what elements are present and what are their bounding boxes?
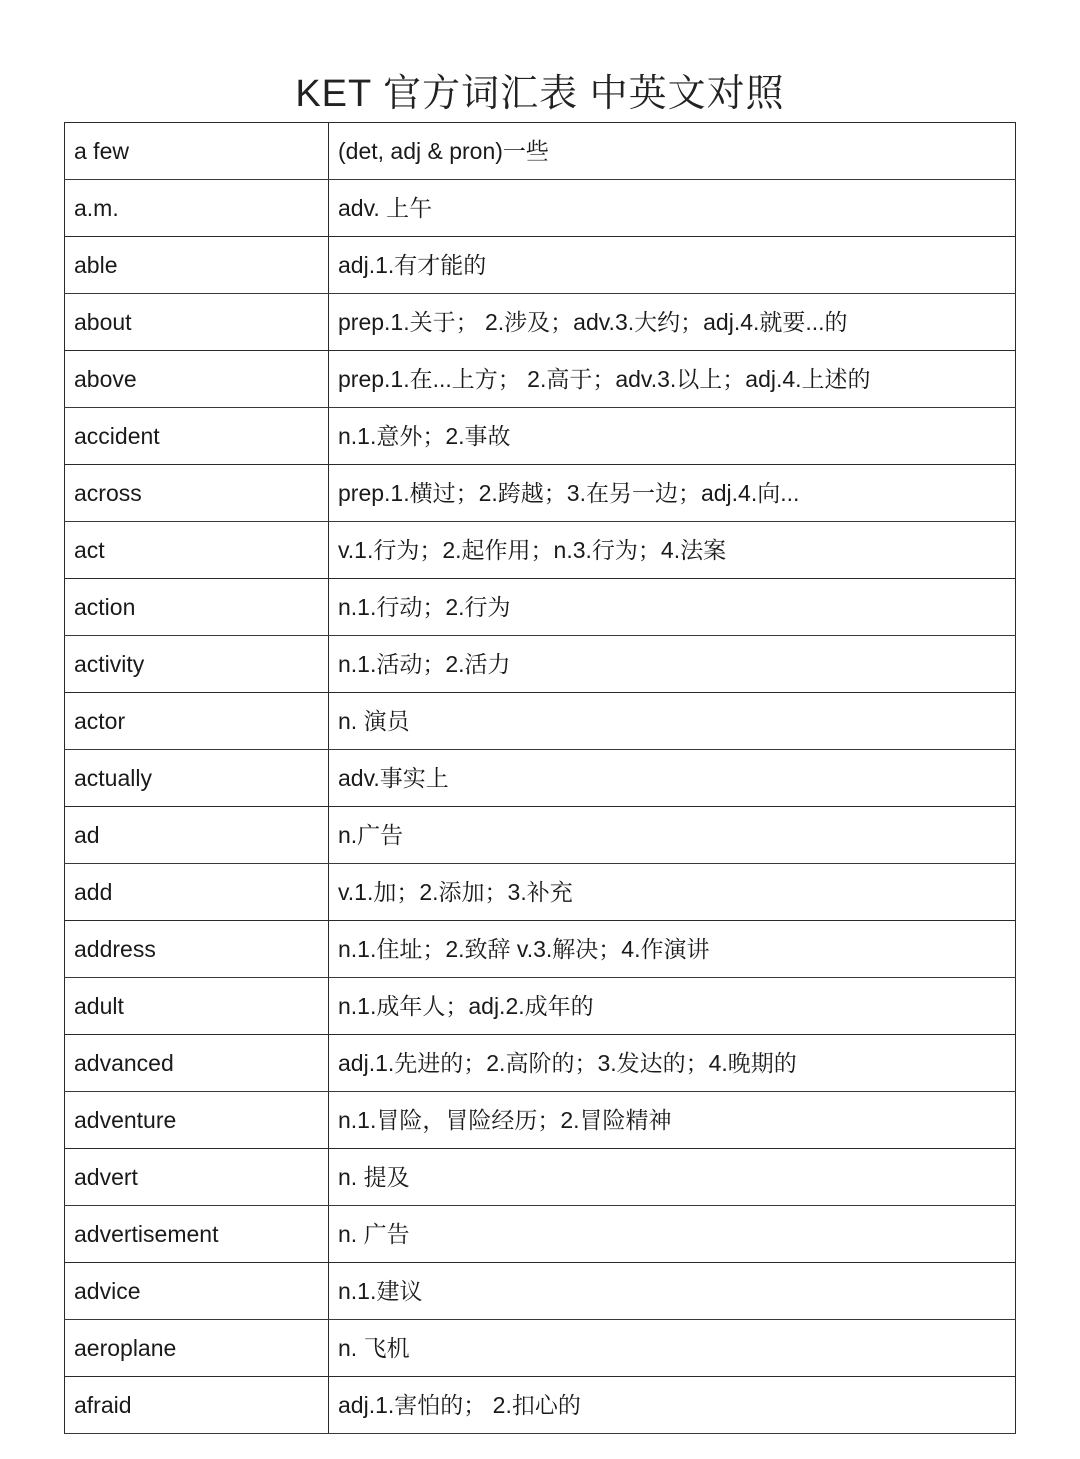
meaning-cell: n.1.活动；2.活力 bbox=[329, 636, 1016, 693]
meaning-cell: prep.1.横过；2.跨越；3.在另一边；adj.4.向... bbox=[329, 465, 1016, 522]
word-cell: across bbox=[65, 465, 329, 522]
word-cell: accident bbox=[65, 408, 329, 465]
meaning-cell: n. 提及 bbox=[329, 1149, 1016, 1206]
meaning-cell: adj.1.害怕的； 2.扣心的 bbox=[329, 1377, 1016, 1434]
meaning-cell: n. 飞机 bbox=[329, 1320, 1016, 1377]
table-row: actorn. 演员 bbox=[65, 693, 1016, 750]
meaning-cell: prep.1.关于； 2.涉及；adv.3.大约；adj.4.就要...的 bbox=[329, 294, 1016, 351]
meaning-cell: n.1.行动；2.行为 bbox=[329, 579, 1016, 636]
meaning-cell: n. 广告 bbox=[329, 1206, 1016, 1263]
table-row: ableadj.1.有才能的 bbox=[65, 237, 1016, 294]
word-cell: adult bbox=[65, 978, 329, 1035]
table-row: advertn. 提及 bbox=[65, 1149, 1016, 1206]
word-cell: adventure bbox=[65, 1092, 329, 1149]
meaning-cell: n.1.意外；2.事故 bbox=[329, 408, 1016, 465]
word-cell: about bbox=[65, 294, 329, 351]
table-row: actionn.1.行动；2.行为 bbox=[65, 579, 1016, 636]
meaning-cell: n. 演员 bbox=[329, 693, 1016, 750]
word-cell: activity bbox=[65, 636, 329, 693]
table-row: acrossprep.1.横过；2.跨越；3.在另一边；adj.4.向... bbox=[65, 465, 1016, 522]
word-cell: act bbox=[65, 522, 329, 579]
vocabulary-table: a few(det, adj & pron)一些a.m.adv. 上午ablea… bbox=[64, 122, 1016, 1434]
word-cell: action bbox=[65, 579, 329, 636]
word-cell: afraid bbox=[65, 1377, 329, 1434]
meaning-cell: prep.1.在...上方； 2.高于；adv.3.以上；adj.4.上述的 bbox=[329, 351, 1016, 408]
table-row: actv.1.行为；2.起作用；n.3.行为；4.法案 bbox=[65, 522, 1016, 579]
table-row: afraidadj.1.害怕的； 2.扣心的 bbox=[65, 1377, 1016, 1434]
table-row: a few(det, adj & pron)一些 bbox=[65, 123, 1016, 180]
table-row: aboutprep.1.关于； 2.涉及；adv.3.大约；adj.4.就要..… bbox=[65, 294, 1016, 351]
word-cell: advanced bbox=[65, 1035, 329, 1092]
table-row: activityn.1.活动；2.活力 bbox=[65, 636, 1016, 693]
table-row: addressn.1.住址；2.致辞 v.3.解决；4.作演讲 bbox=[65, 921, 1016, 978]
vocabulary-table-body: a few(det, adj & pron)一些a.m.adv. 上午ablea… bbox=[65, 123, 1016, 1434]
meaning-cell: v.1.加；2.添加；3.补充 bbox=[329, 864, 1016, 921]
table-row: advancedadj.1.先进的；2.高阶的；3.发达的；4.晚期的 bbox=[65, 1035, 1016, 1092]
table-row: aeroplanen. 飞机 bbox=[65, 1320, 1016, 1377]
word-cell: advice bbox=[65, 1263, 329, 1320]
meaning-cell: n.1.建议 bbox=[329, 1263, 1016, 1320]
table-row: adventuren.1.冒险，冒险经历；2.冒险精神 bbox=[65, 1092, 1016, 1149]
meaning-cell: n.1.冒险，冒险经历；2.冒险精神 bbox=[329, 1092, 1016, 1149]
word-cell: add bbox=[65, 864, 329, 921]
word-cell: a few bbox=[65, 123, 329, 180]
table-row: accidentn.1.意外；2.事故 bbox=[65, 408, 1016, 465]
word-cell: advert bbox=[65, 1149, 329, 1206]
table-row: addv.1.加；2.添加；3.补充 bbox=[65, 864, 1016, 921]
word-cell: address bbox=[65, 921, 329, 978]
meaning-cell: adj.1.先进的；2.高阶的；3.发达的；4.晚期的 bbox=[329, 1035, 1016, 1092]
meaning-cell: n.1.成年人；adj.2.成年的 bbox=[329, 978, 1016, 1035]
meaning-cell: n.广告 bbox=[329, 807, 1016, 864]
meaning-cell: adv.事实上 bbox=[329, 750, 1016, 807]
page-title: KET 官方词汇表 中英文对照 bbox=[0, 66, 1080, 122]
table-row: adn.广告 bbox=[65, 807, 1016, 864]
meaning-cell: adj.1.有才能的 bbox=[329, 237, 1016, 294]
meaning-cell: n.1.住址；2.致辞 v.3.解决；4.作演讲 bbox=[329, 921, 1016, 978]
word-cell: advertisement bbox=[65, 1206, 329, 1263]
table-row: advicen.1.建议 bbox=[65, 1263, 1016, 1320]
meaning-cell: adv. 上午 bbox=[329, 180, 1016, 237]
word-cell: a.m. bbox=[65, 180, 329, 237]
table-row: advertisementn. 广告 bbox=[65, 1206, 1016, 1263]
word-cell: actor bbox=[65, 693, 329, 750]
meaning-cell: v.1.行为；2.起作用；n.3.行为；4.法案 bbox=[329, 522, 1016, 579]
word-cell: aeroplane bbox=[65, 1320, 329, 1377]
word-cell: above bbox=[65, 351, 329, 408]
table-row: aboveprep.1.在...上方； 2.高于；adv.3.以上；adj.4.… bbox=[65, 351, 1016, 408]
table-row: actuallyadv.事实上 bbox=[65, 750, 1016, 807]
table-row: adultn.1.成年人；adj.2.成年的 bbox=[65, 978, 1016, 1035]
word-cell: ad bbox=[65, 807, 329, 864]
table-row: a.m.adv. 上午 bbox=[65, 180, 1016, 237]
word-cell: actually bbox=[65, 750, 329, 807]
meaning-cell: (det, adj & pron)一些 bbox=[329, 123, 1016, 180]
word-cell: able bbox=[65, 237, 329, 294]
